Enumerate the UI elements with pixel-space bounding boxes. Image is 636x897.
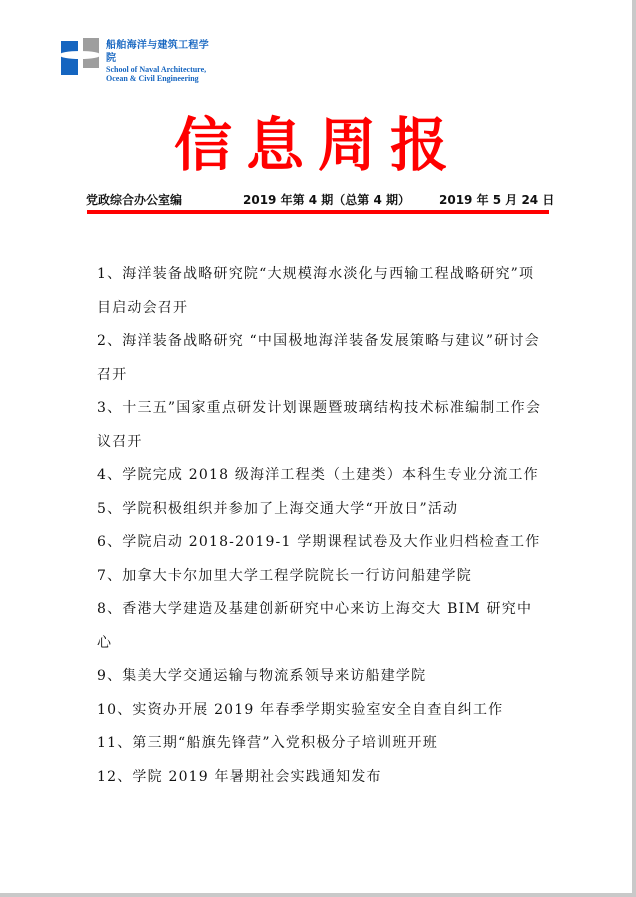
headline-item: 7、加拿大卡尔加里大学工程学院院长一行访问船建学院: [97, 560, 547, 594]
issue-date: 2019 年 5 月 24 日: [439, 191, 554, 208]
headline-item: 5、学院积极组织并参加了上海交通大学“开放日”活动: [97, 493, 547, 527]
page-edge-bottom: [0, 893, 636, 897]
logo-emblem-icon: [59, 38, 99, 76]
logo-name-en-1: School of Naval Architecture,: [106, 65, 219, 74]
editor-department: 党政综合办公室编: [86, 191, 182, 208]
headline-item: 12、学院 2019 年暑期社会实践通知发布: [97, 761, 547, 795]
headline-item: 1、海洋装备战略研究院“大规模海水淡化与西输工程战略研究”项目启动会召开: [97, 258, 547, 325]
logo-name-en-2: Ocean & Civil Engineering: [106, 74, 219, 83]
headline-list: 1、海洋装备战略研究院“大规模海水淡化与西输工程战略研究”项目启动会召开 2、海…: [97, 258, 547, 794]
school-logo: 船舶海洋与建筑工程学院 School of Naval Architecture…: [59, 38, 219, 80]
issue-info-row: 党政综合办公室编 2019 年第 4 期（总第 4 期） 2019 年 5 月 …: [86, 191, 546, 209]
headline-item: 3、十三五”国家重点研发计划课题暨玻璃结构技术标准编制工作会议召开: [97, 392, 547, 459]
headline-item: 6、学院启动 2018-2019-1 学期课程试卷及大作业归档检查工作: [97, 526, 547, 560]
logo-name-cn: 船舶海洋与建筑工程学院: [106, 39, 219, 65]
masthead-title: 信息周报: [0, 105, 636, 185]
issue-number: 2019 年第 4 期（总第 4 期）: [243, 191, 410, 208]
red-divider: [87, 210, 549, 214]
logo-text: 船舶海洋与建筑工程学院 School of Naval Architecture…: [106, 39, 219, 83]
headline-item: 9、集美大学交通运输与物流系领导来访船建学院: [97, 660, 547, 694]
headline-item: 11、第三期“船旗先锋营”入党积极分子培训班开班: [97, 727, 547, 761]
headline-item: 10、实资办开展 2019 年春季学期实验室安全自查自纠工作: [97, 694, 547, 728]
headline-item: 2、海洋装备战略研究 “中国极地海洋装备发展策略与建议”研讨会召开: [97, 325, 547, 392]
headline-item: 4、学院完成 2018 级海洋工程类（土建类）本科生专业分流工作: [97, 459, 547, 493]
headline-item: 8、香港大学建造及基建创新研究中心来访上海交大 BIM 研究中心: [97, 593, 547, 660]
